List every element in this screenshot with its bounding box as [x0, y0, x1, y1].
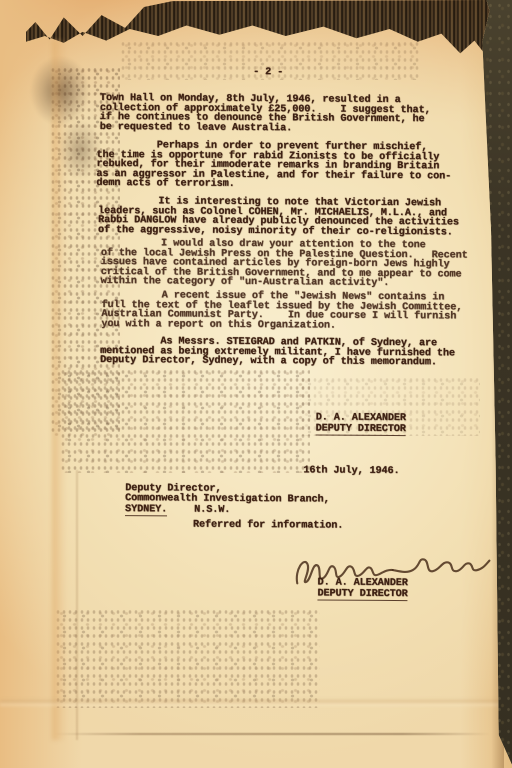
- addressee-state: N.S.W.: [194, 505, 230, 516]
- addressee-city-line: SYDNEY.N.S.W.: [125, 505, 230, 515]
- paragraph: I would also draw your attention to the …: [101, 239, 468, 290]
- memo-page: - 2 - Town Hall on Monday, 8th July, 194…: [0, 0, 512, 768]
- typed-content: - 2 - Town Hall on Monday, 8th July, 194…: [0, 0, 512, 768]
- paragraph: As Messrs. STEIGRAD and PATKIN, of Sydne…: [100, 337, 455, 368]
- signoff-name: D. A. ALEXANDER: [316, 413, 406, 423]
- paragraph: It is interesting to note that Victorian…: [98, 197, 459, 238]
- footer-signoff-title: DEPUTY DIRECTOR: [317, 589, 407, 599]
- page-number: - 2 -: [253, 68, 283, 78]
- paragraph: A recent issue of the "Jewish News" cont…: [101, 291, 462, 332]
- scanned-document-photo: - 2 - Town Hall on Monday, 8th July, 194…: [0, 0, 512, 768]
- referral-note: Referred for information.: [193, 521, 343, 532]
- addressee-lines: Deputy Director, Commonwealth Investigat…: [125, 484, 330, 506]
- addressee-city: SYDNEY.: [125, 504, 167, 516]
- paragraph: Perhaps in order to prevent further misc…: [96, 141, 451, 191]
- paragraph: Town Hall on Monday, 8th July, 1946, res…: [100, 94, 431, 135]
- signoff-title: DEPUTY DIRECTOR: [316, 424, 406, 434]
- footer-signoff-name: D. A. ALEXANDER: [318, 578, 408, 588]
- date-line: 16th July, 1946.: [303, 466, 399, 476]
